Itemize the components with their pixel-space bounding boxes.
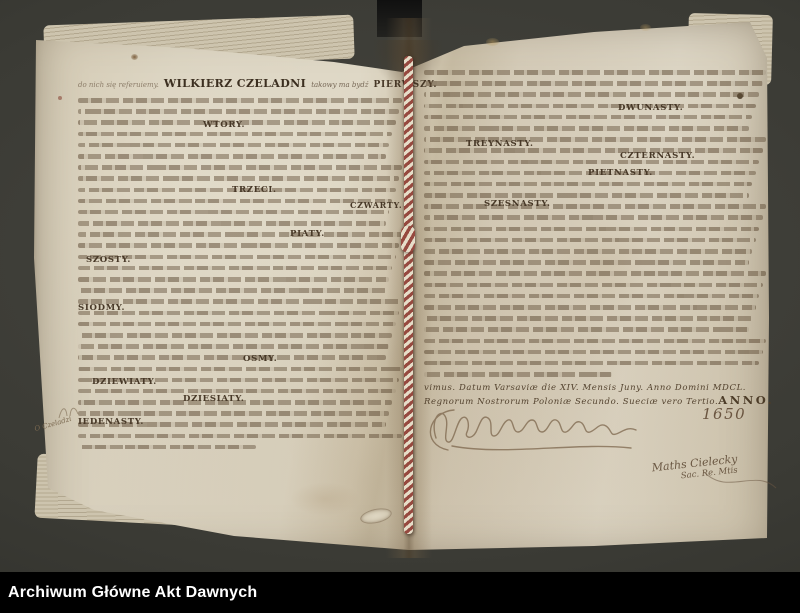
royal-signature [426,400,676,455]
manuscript-text-line [78,176,399,181]
manuscript-text-line [78,232,402,237]
section-heading-osmy: OSMY. [243,354,277,364]
signature-flourish [700,468,780,498]
section-heading-iedenasty: IEDENASTY. [78,417,144,427]
latin-line-1: vimus. Datum Varsaviæ die XIV. Mensis Ju… [424,383,768,393]
manuscript-text-line [424,148,763,153]
section-heading-czternasty: CZTERNASTY. [620,151,695,161]
manuscript-text-line [78,355,386,360]
pretitle-text: do nich się referuiemy. [78,81,159,89]
manuscript-text-line [424,126,749,131]
section-heading-czwarty: CZWARTY. [350,200,402,210]
manuscript-text-line [78,98,402,103]
photo-area: do nich się referuiemy. WILKIERZ CZELADN… [0,0,800,572]
margin-mark [56,402,82,424]
manuscript-text-line [424,92,759,97]
section-heading-dwunasty: DWUNASTY. [618,103,683,113]
manuscript-text-line [424,327,749,332]
manuscript-text-line [78,445,256,450]
section-heading-wtory: WTORY. [203,120,245,130]
manuscript-text-line [424,350,763,355]
manuscript-text-line [78,143,389,148]
manuscript-text-line [424,271,766,276]
manuscript-text-line [424,81,763,86]
manuscript-text-line [424,316,752,321]
manuscript-text-line [424,160,759,165]
manuscript-text-line [78,132,392,137]
manuscript-text-line [78,411,389,416]
title-suffix: takowy ma bydź [311,81,368,89]
manuscript-text-line [424,238,756,243]
manuscript-text-line [424,70,766,75]
section-heading-dziewiaty: DZIEWIATY. [92,377,157,387]
binding-cord [404,56,413,534]
manuscript-text-line [78,367,402,372]
section-heading-trzynasty: TREYNASTY. [466,139,534,149]
manuscript-text-line [424,104,756,109]
manuscript-text-line [78,266,392,271]
manuscript-text-line [78,434,402,439]
manuscript-text-line [424,182,752,187]
manuscript-text-line [424,204,766,209]
manuscript-text-line [424,215,763,220]
section-heading-szosty: SZOSTY. [86,255,131,265]
manuscript-text-line [78,221,386,226]
manuscript-text-line [424,339,766,344]
manuscript-text-line [78,199,392,204]
manuscript-text-line [78,389,396,394]
manuscript-text-line [424,305,756,310]
section-heading-dziesiaty: DZIESIATY. [183,394,245,404]
manuscript-text-line [78,210,389,215]
manuscript-text-line [424,249,752,254]
manuscript-text-line [424,193,749,198]
manuscript-text-line [78,109,399,114]
manuscript-text-line [424,283,763,288]
right-page-text [424,70,766,383]
manuscript-text-line [424,260,749,265]
manuscript-text-line [78,277,389,282]
section-heading-trzeci: TRZECI. [232,185,277,195]
screenshot-root: do nich się referuiemy. WILKIERZ CZELADN… [0,0,800,613]
section-heading-pietnasty: PIETNASTY. [588,168,653,178]
year-1650: 1650 [702,405,746,423]
manuscript-text-line [78,299,402,304]
manuscript-text-line [424,361,759,366]
section-heading-szesnasty: SZESNASTY. [484,199,551,209]
manuscript-text-line [78,344,389,349]
manuscript-text-line [78,243,399,248]
manuscript-text-line [424,294,759,299]
manuscript-text-line [78,288,386,293]
manuscript-text-line [78,333,392,338]
manuscript-text-line [78,311,399,316]
caption-bar: Archiwum Główne Akt Dawnych [0,572,800,613]
section-heading-piaty: PIATY. [290,229,325,239]
archive-name: Archiwum Główne Akt Dawnych [0,584,257,602]
manuscript-text-line [424,227,759,232]
document-title-line: do nich się referuiemy. WILKIERZ CZELADN… [78,77,406,90]
binding-cord-knot [401,226,415,252]
manuscript-text-line [424,372,612,377]
manuscript-text-line [424,115,752,120]
section-heading-siodmy: SIODMY. [78,303,125,313]
document-title: WILKIERZ CZELADNI [164,77,306,90]
manuscript-text-line [78,154,386,159]
manuscript-text-line [78,165,402,170]
manuscript-text-line [78,322,396,327]
